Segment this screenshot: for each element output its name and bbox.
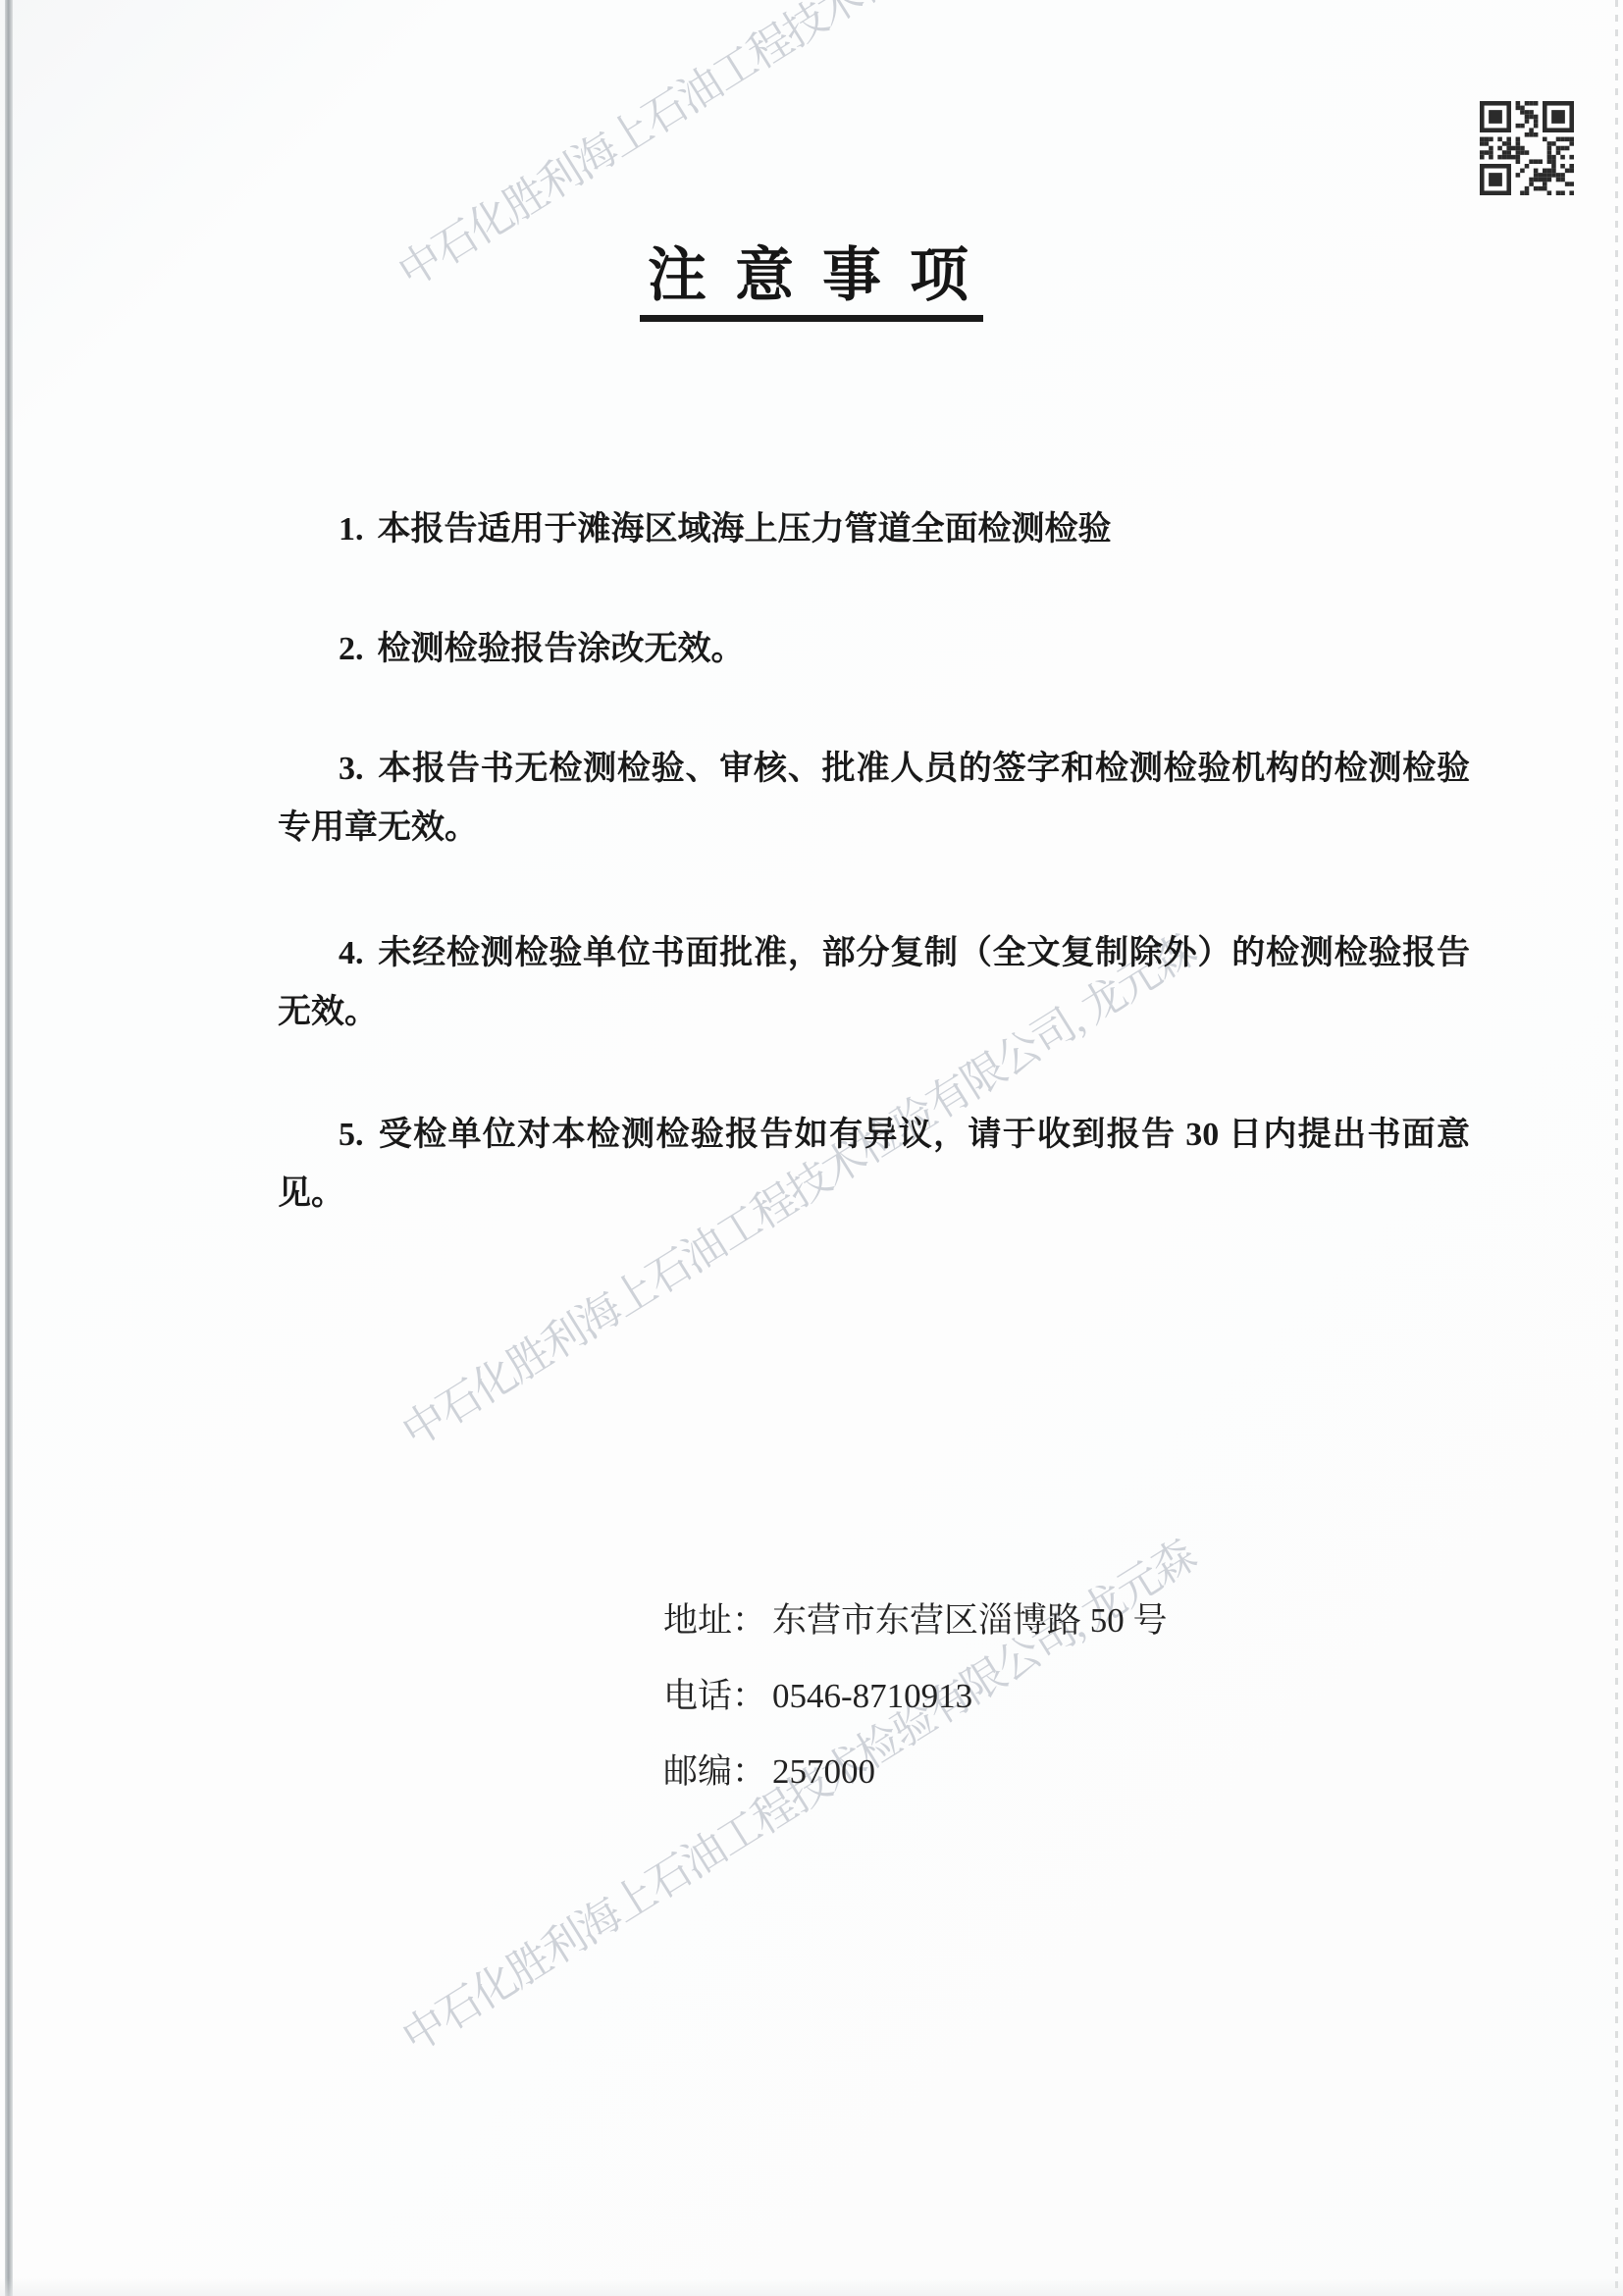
item-1-number: 1.	[339, 511, 364, 548]
notice-item-2: 2.检测检验报告涂改无效。	[278, 620, 1470, 679]
item-3-number: 3.	[339, 751, 364, 787]
page-title-row: 注 意 事 项	[0, 245, 1623, 322]
scan-edge-left	[5, 0, 13, 2296]
contact-phone-row: 电话：0546-8710913	[663, 1669, 1370, 1745]
item-2-text: 检测检验报告涂改无效。	[378, 631, 745, 667]
item-5-text: 受检单位对本检测检验报告如有异议，请于收到报告 30 日内提出书面意见。	[278, 1117, 1470, 1212]
item-1-text: 本报告适用于滩海区域海上压力管道全面检测检验	[378, 511, 1112, 548]
contact-postal-row: 邮编：257000	[663, 1745, 1370, 1820]
notice-item-3: 3.本报告书无检测检验、审核、批准人员的签字和检测检验机构的检测检验专用章无效。	[278, 740, 1470, 858]
phone-label: 电话：	[663, 1677, 766, 1715]
postal-label: 邮编：	[663, 1752, 766, 1791]
notice-item-5: 5.受检单位对本检测检验报告如有异议，请于收到报告 30 日内提出书面意见。	[278, 1106, 1470, 1224]
contact-block: 地址：东营市东营区淄博路 50 号 电话：0546-8710913 邮编：257…	[663, 1593, 1370, 1820]
qr-code-svg	[1480, 101, 1574, 195]
address-value: 东营市东营区淄博路 50 号	[772, 1601, 1168, 1640]
item-3-text: 本报告书无检测检验、审核、批准人员的签字和检测检验机构的检测检验专用章无效。	[278, 751, 1470, 846]
phone-value: 0546-8710913	[772, 1677, 972, 1715]
item-2-number: 2.	[339, 631, 364, 667]
notice-item-1: 1.本报告适用于滩海区域海上压力管道全面检测检验	[278, 500, 1470, 559]
notice-item-4: 4.未经检测检验单位书面批准，部分复制（全文复制除外）的检测检验报告无效。	[278, 924, 1470, 1042]
item-5-number: 5.	[339, 1117, 364, 1153]
scan-edge-right	[1615, 0, 1618, 2296]
contact-address-row: 地址：东营市东营区淄博路 50 号	[663, 1593, 1370, 1669]
page-title: 注 意 事 项	[640, 245, 983, 322]
item-4-text: 未经检测检验单位书面批准，部分复制（全文复制除外）的检测检验报告无效。	[278, 935, 1470, 1030]
notice-page: 中石化胜利海上石油工程技术检验有限公司, 龙元森 中石化胜利海上石油工程技术检验…	[0, 0, 1623, 2296]
postal-value: 257000	[772, 1752, 875, 1791]
scan-edge-bottom	[0, 2278, 1623, 2296]
item-4-number: 4.	[339, 935, 364, 971]
qr-code-icon	[1480, 101, 1574, 195]
address-label: 地址：	[663, 1601, 766, 1640]
